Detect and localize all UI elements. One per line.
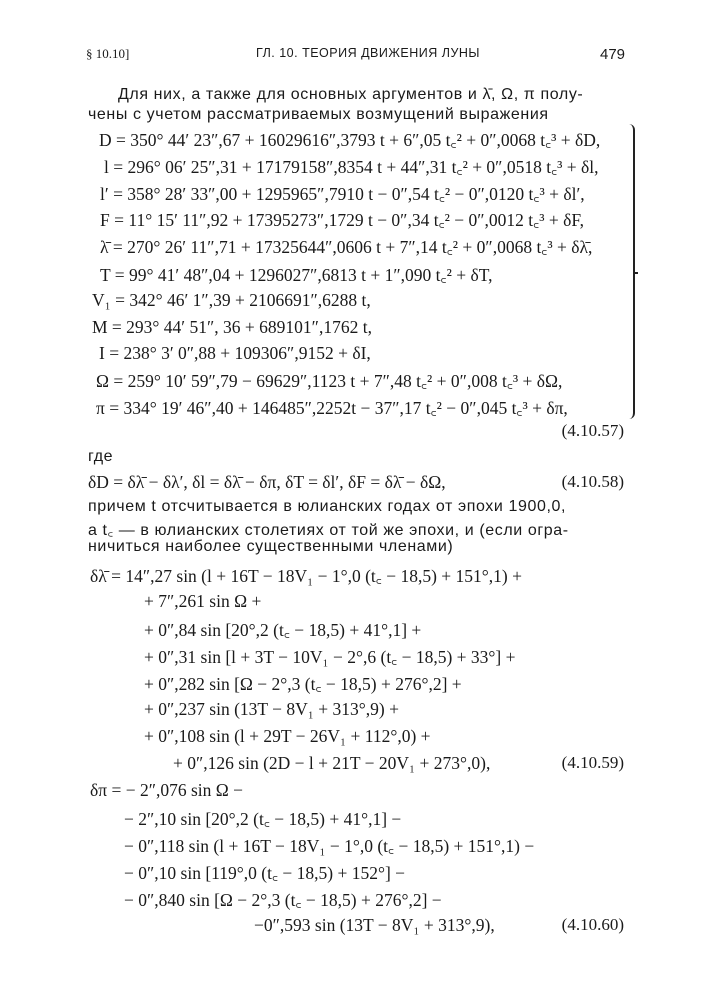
eq60-line-4: − 0″,10 sin [119°,0 (t꜀ − 18,5) + 152°] … xyxy=(124,861,405,885)
eq59-line-8: + 0″,126 sin (2D − l + 21T − 20V₁ + 273°… xyxy=(173,753,490,774)
eq59-line-7: + 0″,108 sin (l + 29T − 26V₁ + 112°,0) + xyxy=(144,726,431,747)
eq59-line-6: + 0″,237 sin (13T − 8V₁ + 313°,9) + xyxy=(144,699,399,720)
explanation-line-3: ничиться наиболее существенными членами) xyxy=(88,538,453,556)
equation-M: M = 293° 44′ 51″, 36 + 689101″,1762 t, xyxy=(92,317,372,338)
equation-T: T = 99° 41′ 48″,04 + 1296027″,6813 t + 1… xyxy=(100,263,492,287)
eq60-line-1: δπ = − 2″,076 sin Ω − xyxy=(90,780,243,801)
equation-l-prime: l′ = 358° 28′ 33″,00 + 1295965″,7910 t −… xyxy=(100,182,585,206)
explanation-line-2: а t꜀ — в юлианских столетиях от той же э… xyxy=(88,518,569,540)
intro-line-2: чены с учетом рассматриваемых возмущений… xyxy=(88,106,549,124)
eq60-line-5: − 0″,840 sin [Ω − 2°,3 (t꜀ − 18,5) + 276… xyxy=(124,888,442,912)
running-header-section: § 10.10] xyxy=(86,46,129,62)
running-header-title: ГЛ. 10. ТЕОРИЯ ДВИЖЕНИЯ ЛУНЫ xyxy=(256,46,480,60)
eq59-line-5: + 0″,282 sin [Ω − 2°,3 (t꜀ − 18,5) + 276… xyxy=(144,672,462,696)
equation-4-10-58: δD = δλ̄ − δλ′, δl = δλ̄ − δπ, δT = δl′,… xyxy=(88,472,446,493)
where-label: где xyxy=(88,448,113,466)
right-brace-tip xyxy=(633,272,638,274)
equation-number-4-10-60: (4.10.60) xyxy=(562,915,624,935)
equation-I: I = 238° 3′ 0″,88 + 109306″,9152 + δI, xyxy=(99,343,371,364)
equation-l: l = 296° 06′ 25″,31 + 17179158″,8354 t +… xyxy=(104,155,599,179)
equation-D: D = 350° 44′ 23″,67 + 16029616″,3793 t +… xyxy=(99,128,600,152)
eq60-line-3: − 0″,118 sin (l + 16T − 18V₁ − 1°,0 (t꜀ … xyxy=(124,834,534,858)
page-number: 479 xyxy=(600,46,625,63)
equation-lambda-bar: λ̄ = 270° 26′ 11″,71 + 17325644″,0606 t … xyxy=(100,235,592,259)
eq59-line-1: δλ̄ = 14″,27 sin (l + 16T − 18V₁ − 1°,0 … xyxy=(90,564,522,588)
equation-V1: V₁ = 342° 46′ 1″,39 + 2106691″,6288 t, xyxy=(92,290,371,311)
eq59-line-4: + 0″,31 sin [l + 3T − 10V₁ − 2°,6 (t꜀ − … xyxy=(144,645,516,669)
equation-F: F = 11° 15′ 11″,92 + 17395273″,1729 t − … xyxy=(100,208,584,232)
eq60-line-6: −0″,593 sin (13T − 8V₁ + 313°,9), xyxy=(254,915,495,936)
equation-number-4-10-58: (4.10.58) xyxy=(562,472,624,492)
explanation-line-1: причем t отсчитывается в юлианских годах… xyxy=(88,498,566,516)
eq59-line-3: + 0″,84 sin [20°,2 (t꜀ − 18,5) + 41°,1] … xyxy=(144,618,421,642)
intro-line-1: Для них, а также для основных аргументов… xyxy=(118,86,583,104)
eq59-line-2: + 7″,261 sin Ω + xyxy=(144,591,261,612)
equation-number-4-10-59: (4.10.59) xyxy=(562,753,624,773)
equation-pi: π = 334° 19′ 46″,40 + 146485″,2252t − 37… xyxy=(96,396,568,420)
equation-Omega: Ω = 259° 10′ 59″,79 − 69629″,1123 t + 7″… xyxy=(96,369,562,393)
eq60-line-2: − 2″,10 sin [20°,2 (t꜀ − 18,5) + 41°,1] … xyxy=(124,807,401,831)
equation-number-4-10-57: (4.10.57) xyxy=(562,421,624,441)
